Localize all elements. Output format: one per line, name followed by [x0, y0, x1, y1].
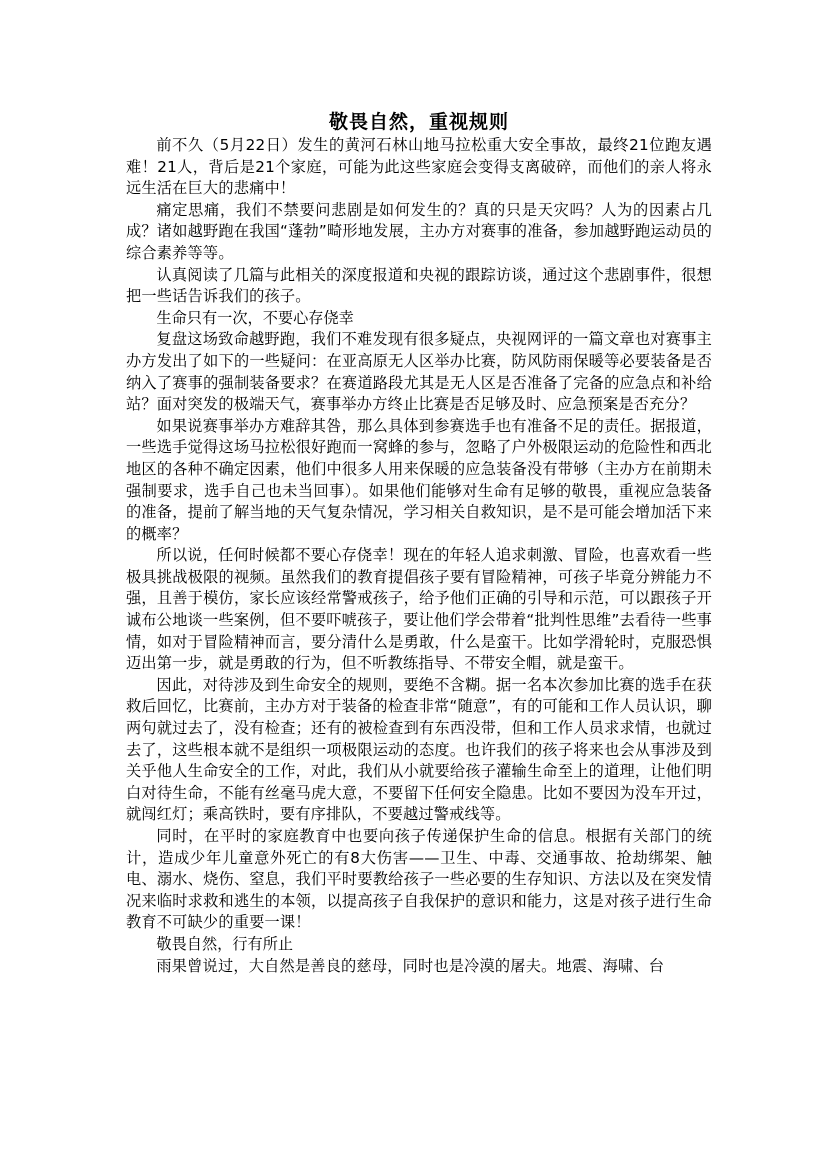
paragraph-responsibility: 如果说赛事举办方难辞其咎，那么具体到参赛选手也有准备不足的责任。据报道，一些选手…	[126, 416, 712, 546]
paragraph-family-education: 同时，在平时的家庭教育中也要向孩子传递保护生命的信息。根据有关部门的统计，造成少…	[126, 826, 712, 934]
paragraph-review: 复盘这场致命越野跑，我们不难发现有很多疑点，央视网评的一篇文章也对赛事主办方发出…	[126, 329, 712, 415]
paragraph-reflection: 痛定思痛，我们不禁要问悲剧是如何发生的？真的只是天灾吗？人为的因素占几成？诸如越…	[126, 200, 712, 265]
section-heading-life: 生命只有一次，不要心存侥幸	[126, 308, 712, 330]
section-heading-nature: 敬畏自然，行有所止	[126, 934, 712, 956]
document-page: 敬畏自然，重视规则 前不久（5月22日）发生的黄河石林山地马拉松重大安全事故，最…	[126, 109, 712, 977]
paragraph-hugo: 雨果曾说过，大自然是善良的慈母，同时也是冷漠的屠夫。地震、海啸、台	[126, 956, 712, 978]
paragraph-reading: 认真阅读了几篇与此相关的深度报道和央视的跟踪访谈，通过这个悲剧事件，很想把一些话…	[126, 265, 712, 308]
paragraph-no-luck: 所以说，任何时候都不要心存侥幸！现在的年轻人追求刺激、冒险，也喜欢看一些极具挑战…	[126, 545, 712, 675]
paragraph-rules: 因此，对待涉及到生命安全的规则，要绝不含糊。据一名本次参加比赛的选手在获救后回忆…	[126, 675, 712, 826]
paragraph-intro: 前不久（5月22日）发生的黄河石林山地马拉松重大安全事故，最终21位跑友遇难！2…	[126, 135, 712, 200]
document-title: 敬畏自然，重视规则	[126, 109, 712, 135]
